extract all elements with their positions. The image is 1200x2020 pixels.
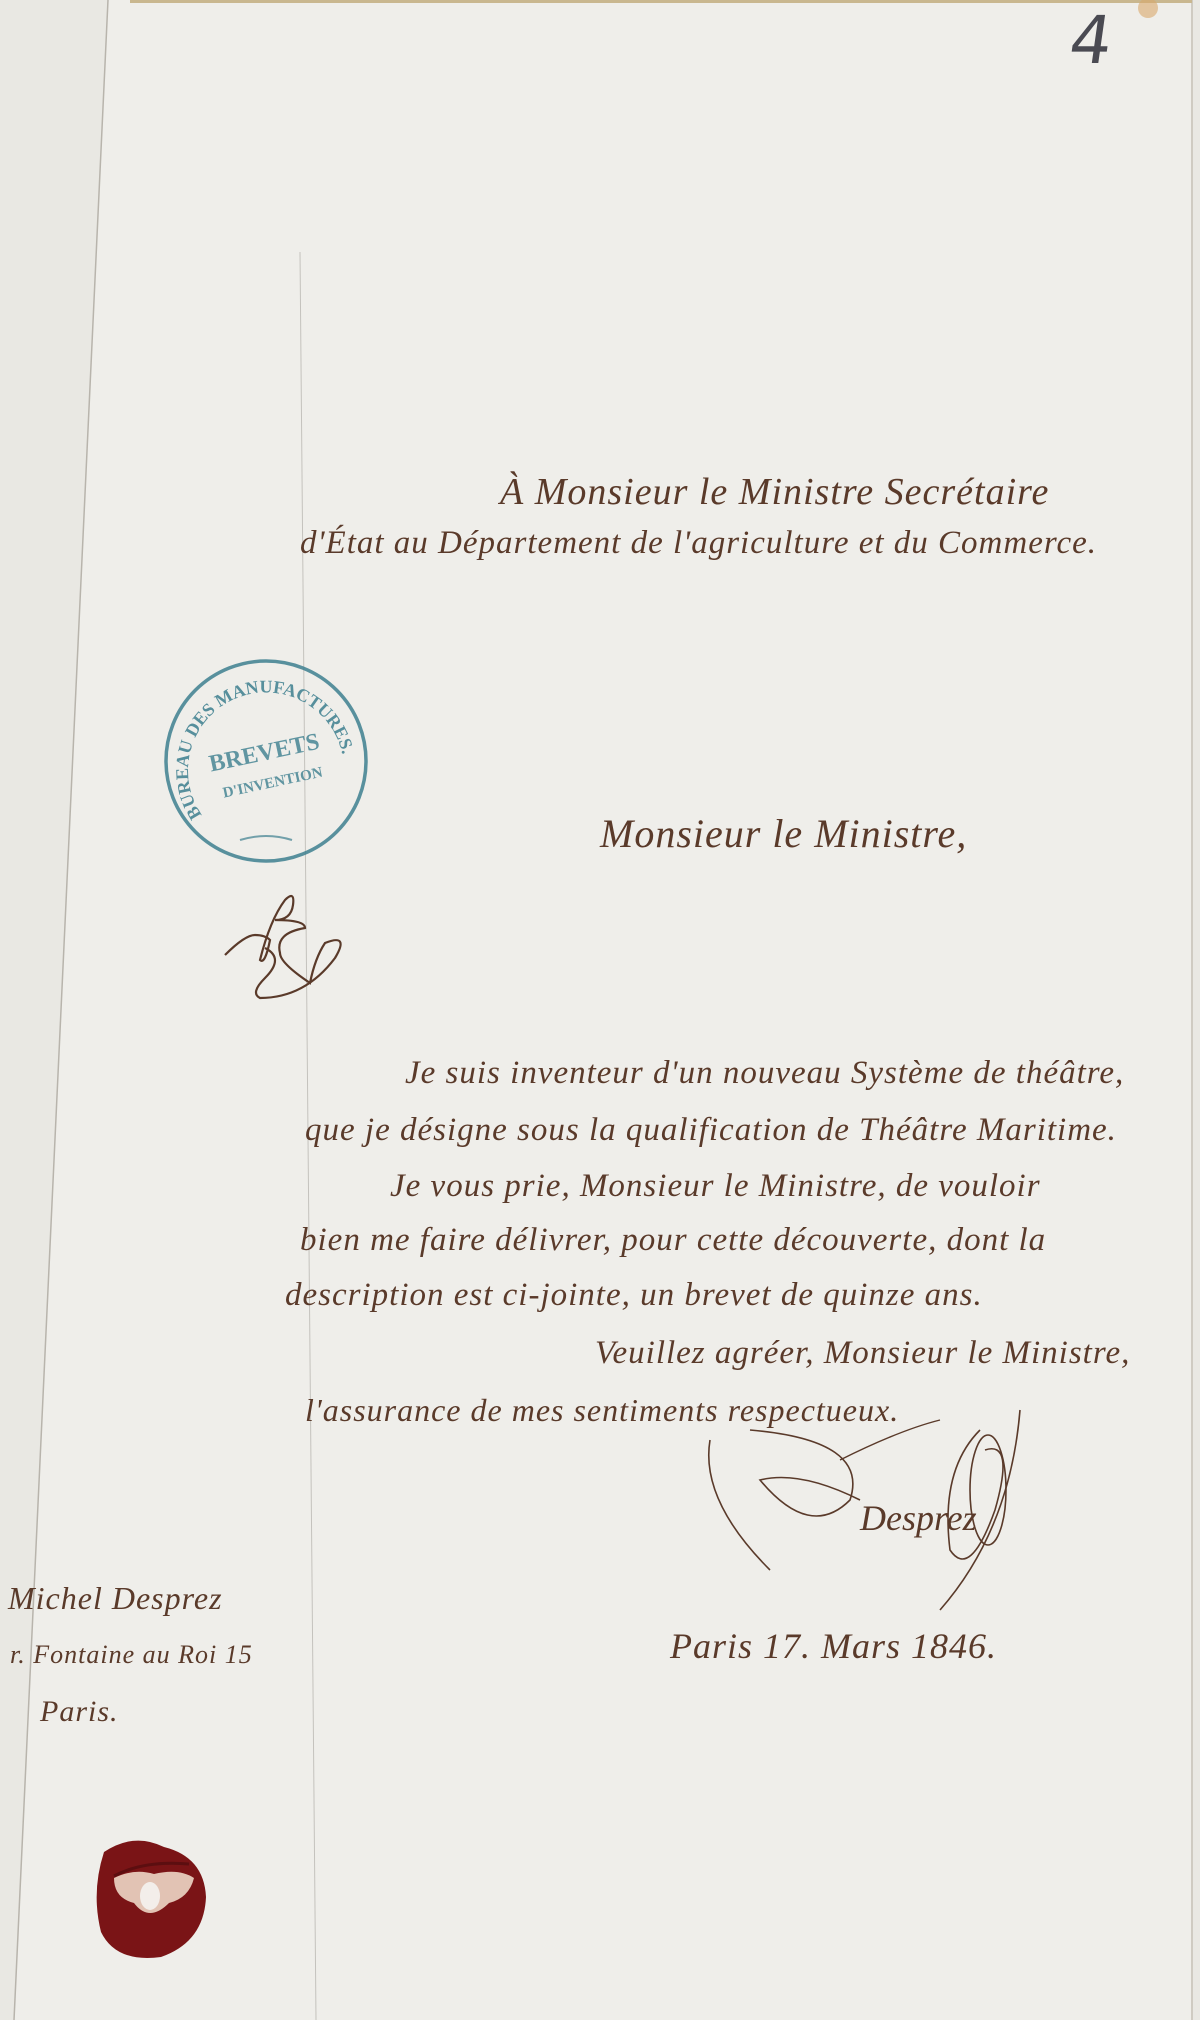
body-line-3: Je vous prie, Monsieur le Ministre, de v…: [390, 1168, 1041, 1205]
place-date: Paris 17. Mars 1846.: [670, 1625, 997, 1667]
body-line-4: bien me faire délivrer, pour cette décou…: [300, 1222, 1046, 1259]
sender-name: Michel Desprez: [8, 1580, 223, 1617]
signature-flourish: Desprez: [690, 1400, 1070, 1630]
letter-page: 4 À Monsieur le Ministre Secrétaire d'Ét…: [0, 0, 1200, 2020]
sender-street: r. Fontaine au Roi 15: [10, 1640, 253, 1670]
sender-city: Paris.: [40, 1695, 119, 1729]
paraph-mark: [215, 875, 365, 1025]
salutation: Monsieur le Ministre,: [600, 810, 967, 857]
paper-sheet: [0, 0, 1200, 2020]
bureau-stamp: BUREAU DES MANUFACTURES. BREVETS D'INVEN…: [160, 655, 372, 867]
address-line-2: d'État au Département de l'agriculture e…: [300, 525, 1097, 562]
body-line-2: que je désigne sous la qualification de …: [305, 1112, 1117, 1149]
address-line-1: À Monsieur le Ministre Secrétaire: [500, 470, 1049, 514]
body-line-5: description est ci-jointe, un brevet de …: [285, 1277, 983, 1314]
closing-line-1: Veuillez agréer, Monsieur le Ministre,: [595, 1335, 1130, 1372]
wax-seal: [84, 1830, 212, 1966]
signature-name: Desprez: [859, 1498, 977, 1538]
body-line-1: Je suis inventeur d'un nouveau Système d…: [405, 1055, 1124, 1092]
